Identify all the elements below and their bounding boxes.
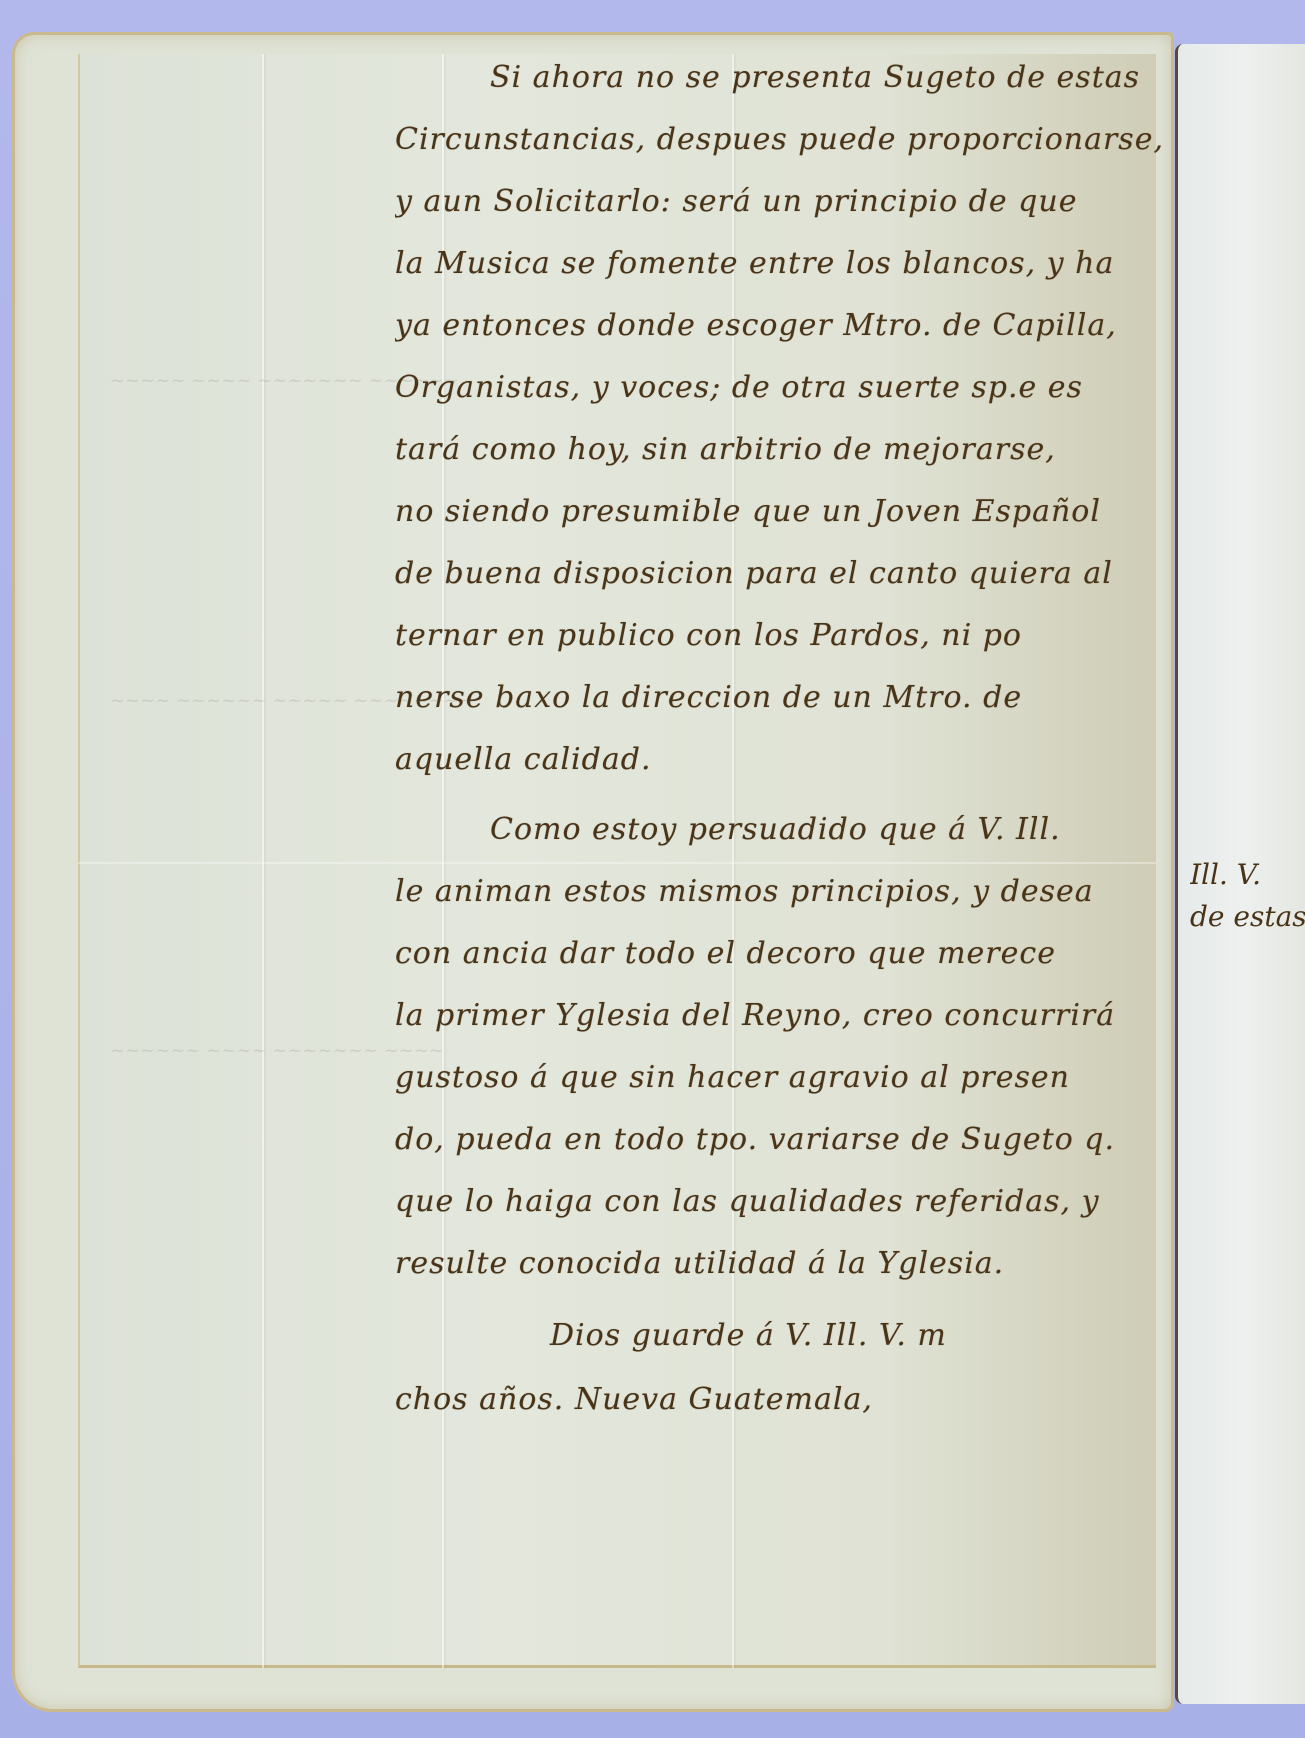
closing-salutation: Dios guarde á V. Ill. V. m [395, 1318, 1305, 1353]
text-line: Organistas, y voces; de otra suerte sp.e… [395, 370, 1165, 405]
paper-fold-line [78, 862, 1156, 864]
text-line: ternar en publico con los Pardos, ni po [395, 618, 1165, 653]
paper-fold-line [732, 54, 734, 1668]
closing-place-line: chos años. Nueva Guatemala, [395, 1382, 1165, 1417]
text-line: ya entonces donde escoger Mtro. de Capil… [395, 308, 1165, 343]
text-line: no siendo presumible que un Joven Españo… [395, 494, 1165, 529]
text-line: do, pueda en todo tpo. variarse de Suget… [395, 1122, 1165, 1157]
text-line: la primer Yglesia del Reyno, creo concur… [395, 998, 1165, 1033]
text-line: Si ahora no se presenta Sugeto de estas [395, 60, 1260, 95]
text-line: Circunstancias, despues puede proporcion… [395, 122, 1165, 157]
paper-fold-line [262, 54, 264, 1668]
bleed-through-text: ~~~~~ ~~~~ ~~~~~~~ ~~~~~~ [110, 370, 459, 391]
text-line: aquella calidad. [395, 742, 1165, 777]
text-line: tará como hoy, sin arbitrio de mejorarse… [395, 432, 1165, 467]
paper-fold-line [442, 54, 444, 1668]
manuscript-page [12, 32, 1174, 1712]
text-line: resulte conocida utilidad á la Yglesia. [395, 1246, 1165, 1281]
page-writing-area [78, 54, 1156, 1668]
text-line: y aun Solicitarlo: será un principio de … [395, 184, 1165, 219]
margin-note-line: Ill. V. [1190, 858, 1305, 891]
bleed-through-text: ~~~~~~ ~~~~ ~~~~~~~ ~~~~ [110, 1040, 444, 1061]
margin-note-line: de estas [1190, 900, 1305, 933]
text-line: Como estoy persuadido que á V. Ill. [395, 812, 1260, 847]
text-line: nerse baxo la direccion de un Mtro. de [395, 680, 1165, 715]
text-line: gustoso á que sin hacer agravio al prese… [395, 1060, 1165, 1095]
text-line: de buena disposicion para el canto quier… [395, 556, 1165, 591]
text-line: la Musica se fomente entre los blancos, … [395, 246, 1165, 281]
bleed-through-text: ~~~~ ~~~~~~ ~~~~~ ~~~~~~~~ [110, 690, 474, 711]
text-line: le animan estos mismos principios, y des… [395, 874, 1165, 909]
text-line: que lo haiga con las qualidades referida… [395, 1184, 1165, 1219]
text-line: con ancia dar todo el decoro que merece [395, 936, 1165, 971]
